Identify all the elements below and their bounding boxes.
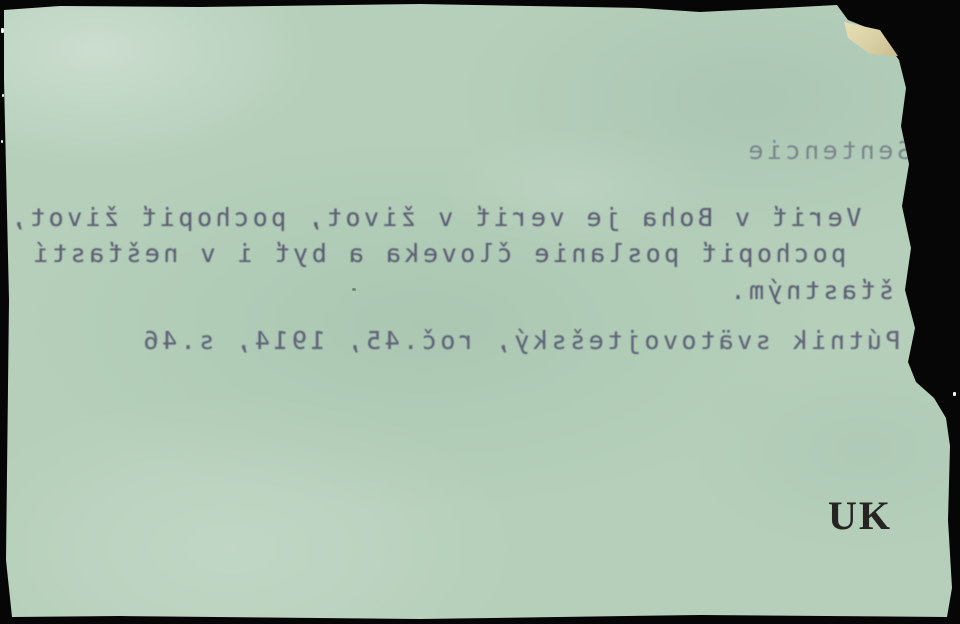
heading-text: Sentencie [745, 136, 912, 165]
scanned-card: Sentencie Veriť v Boha je veriť v život,… [0, 0, 960, 624]
edge-fleck [1, 28, 4, 33]
card-paper: Sentencie Veriť v Boha je veriť v život,… [0, 0, 960, 624]
library-stamp: UK [828, 492, 892, 539]
citation-text: Pútnik svätovojtešský, roč.45, 1914, s.4… [140, 326, 901, 355]
edge-fleck [2, 94, 4, 97]
quote-line-2: pochopiť poslanie človeka a byť i v nešť… [30, 239, 846, 268]
edge-fleck [1, 140, 3, 143]
paper-speck [352, 288, 356, 291]
edge-fleck [953, 392, 956, 396]
quote-line-3: šťastným. [727, 276, 894, 305]
quote-line-1: Veriť v Boha je veriť v život, pochopiť … [8, 203, 861, 232]
